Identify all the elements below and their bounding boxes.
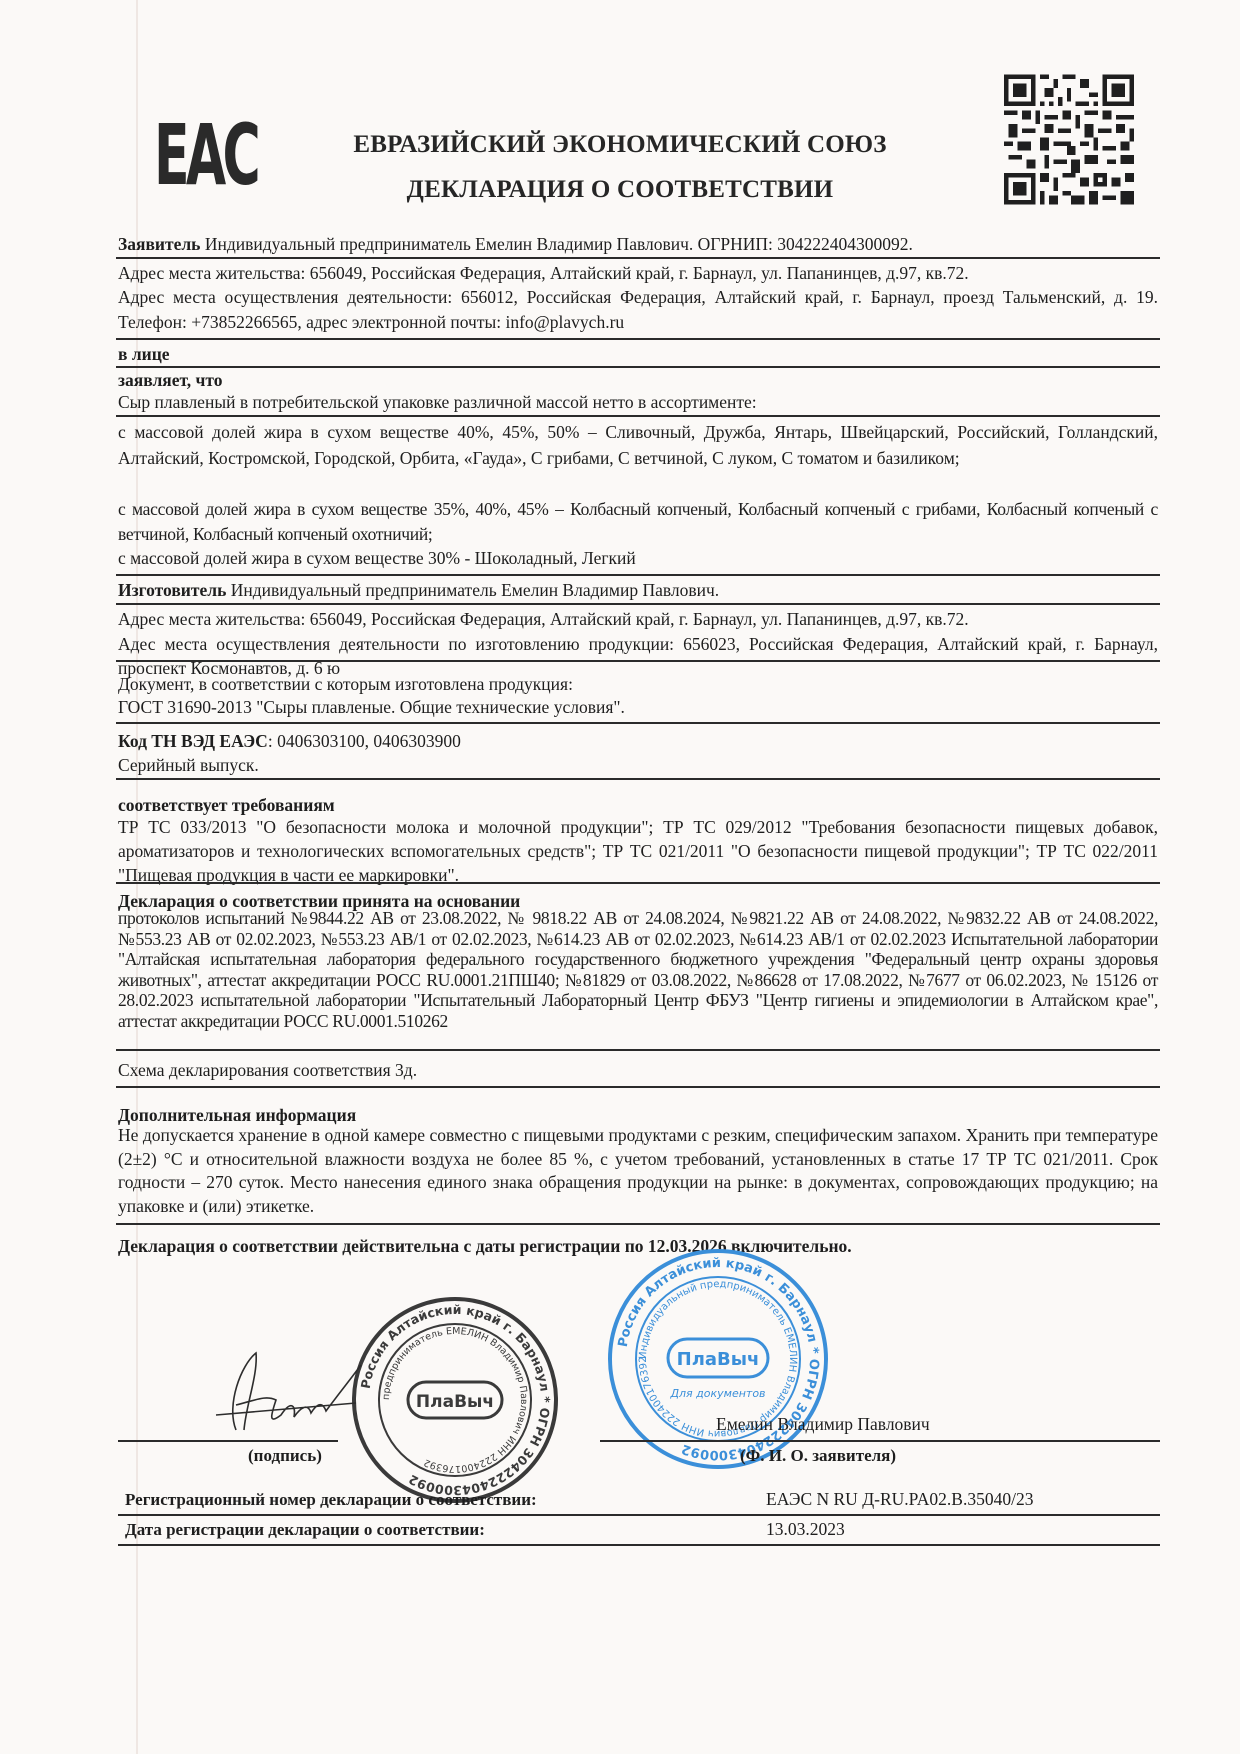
applicant-text: Индивидуальный предприниматель Емелин Вл… [200, 234, 912, 254]
hs-code-value: : 0406303100, 0406303900 [268, 731, 461, 751]
svg-text:ПлаВыч: ПлаВыч [677, 1349, 760, 1370]
product-variant: с массовой долей жира в сухом веществе 4… [118, 420, 1158, 471]
divider [116, 415, 1160, 417]
divider [118, 1514, 1160, 1516]
signature-caption: (подпись) [248, 1446, 322, 1466]
registration-number-value: ЕАЭС N RU Д-RU.PA02.B.35040/23 [766, 1487, 1146, 1511]
divider [116, 603, 1160, 605]
additional-info-text: Не допускается хранение в одной камере с… [118, 1124, 1158, 1218]
applicant-business-address: Адрес места осуществления деятельности: … [118, 285, 1158, 335]
divider [116, 338, 1160, 340]
validity-text: Декларация о соответствии действительна … [118, 1234, 1158, 1258]
divider [118, 1544, 1160, 1546]
qr-code-icon [1004, 72, 1134, 207]
document-title: ДЕКЛАРАЦИЯ О СООТВЕТСТВИИ [300, 176, 940, 204]
divider [116, 257, 1160, 259]
manufacturer-label: Изготовитель [118, 580, 226, 600]
name-caption: (Ф. И. О. заявителя) [740, 1446, 896, 1466]
requirements-label: соответствует требованиям [118, 793, 1158, 817]
signature-line [118, 1440, 338, 1442]
standard-value: ГОСТ 31690-2013 "Сыры плавленые. Общие т… [118, 695, 1158, 719]
hs-code-label: Код ТН ВЭД ЕАЭС [118, 731, 268, 751]
basis-text: протоколов испытаний №9844.22 АВ от 23.0… [118, 908, 1158, 1031]
handwritten-signature [196, 1345, 396, 1440]
requirements-text: ТР ТС 033/2013 "О безопасности молока и … [118, 815, 1158, 887]
svg-text:Для документов: Для документов [669, 1387, 765, 1400]
divider [116, 882, 1160, 884]
registration-date-value: 13.03.2023 [766, 1517, 1066, 1541]
divider [116, 1049, 1160, 1051]
applicant-full-name: Емелин Владимир Павлович [716, 1412, 1016, 1436]
divider [116, 1086, 1160, 1088]
divider [116, 722, 1160, 724]
product-title: Сыр плавленый в потребительской упаковке… [118, 390, 1158, 414]
product-variant: с массовой долей жира в сухом веществе 3… [118, 546, 1158, 570]
applicant-residence-address: Адрес места жительства: 656049, Российск… [118, 261, 1158, 285]
divider [116, 574, 1160, 576]
manufacturer-text: Индивидуальный предприниматель Емелин Вл… [226, 580, 719, 600]
divider [116, 778, 1160, 780]
declaration-scheme: Схема декларирования соответствия 3д. [118, 1058, 1158, 1082]
release-type: Серийный выпуск. [118, 753, 1158, 777]
blue-seal-stamp: Россия Алтайский край г. Барнаул * ОГРН … [606, 1247, 830, 1471]
applicant-label: Заявитель [118, 234, 200, 254]
manufacturer-residence-address: Адрес места жительства: 656049, Российск… [118, 607, 1158, 631]
declaration-page: EAC ЕВРАЗИЙСКИЙ ЭКОНОМИЧЕСКИЙ СОЮЗ ДЕКЛА… [0, 0, 1240, 1754]
product-variant: с массовой долей жира в сухом веществе 3… [118, 497, 1158, 546]
manufacturer-line: Изготовитель Индивидуальный предпринимат… [118, 578, 1158, 602]
divider [116, 660, 1160, 662]
standard-label: Документ, в соответствии с которым изгот… [118, 672, 1158, 696]
eac-logo: EAC [154, 117, 212, 193]
registration-number-label: Регистрационный номер декларации о соотв… [125, 1490, 537, 1510]
declares-label: заявляет, что [118, 368, 1158, 392]
divider [116, 1223, 1160, 1225]
name-line [600, 1440, 1160, 1442]
in-person-label: в лице [118, 342, 1158, 366]
svg-text:ПлаВыч: ПлаВыч [416, 1392, 494, 1412]
applicant-line: Заявитель Индивидуальный предприниматель… [118, 232, 1158, 256]
registration-date-label: Дата регистрации декларации о соответств… [125, 1520, 485, 1540]
hs-code-line: Код ТН ВЭД ЕАЭС: 0406303100, 0406303900 [118, 729, 1158, 753]
union-title: ЕВРАЗИЙСКИЙ ЭКОНОМИЧЕСКИЙ СОЮЗ [300, 131, 940, 159]
